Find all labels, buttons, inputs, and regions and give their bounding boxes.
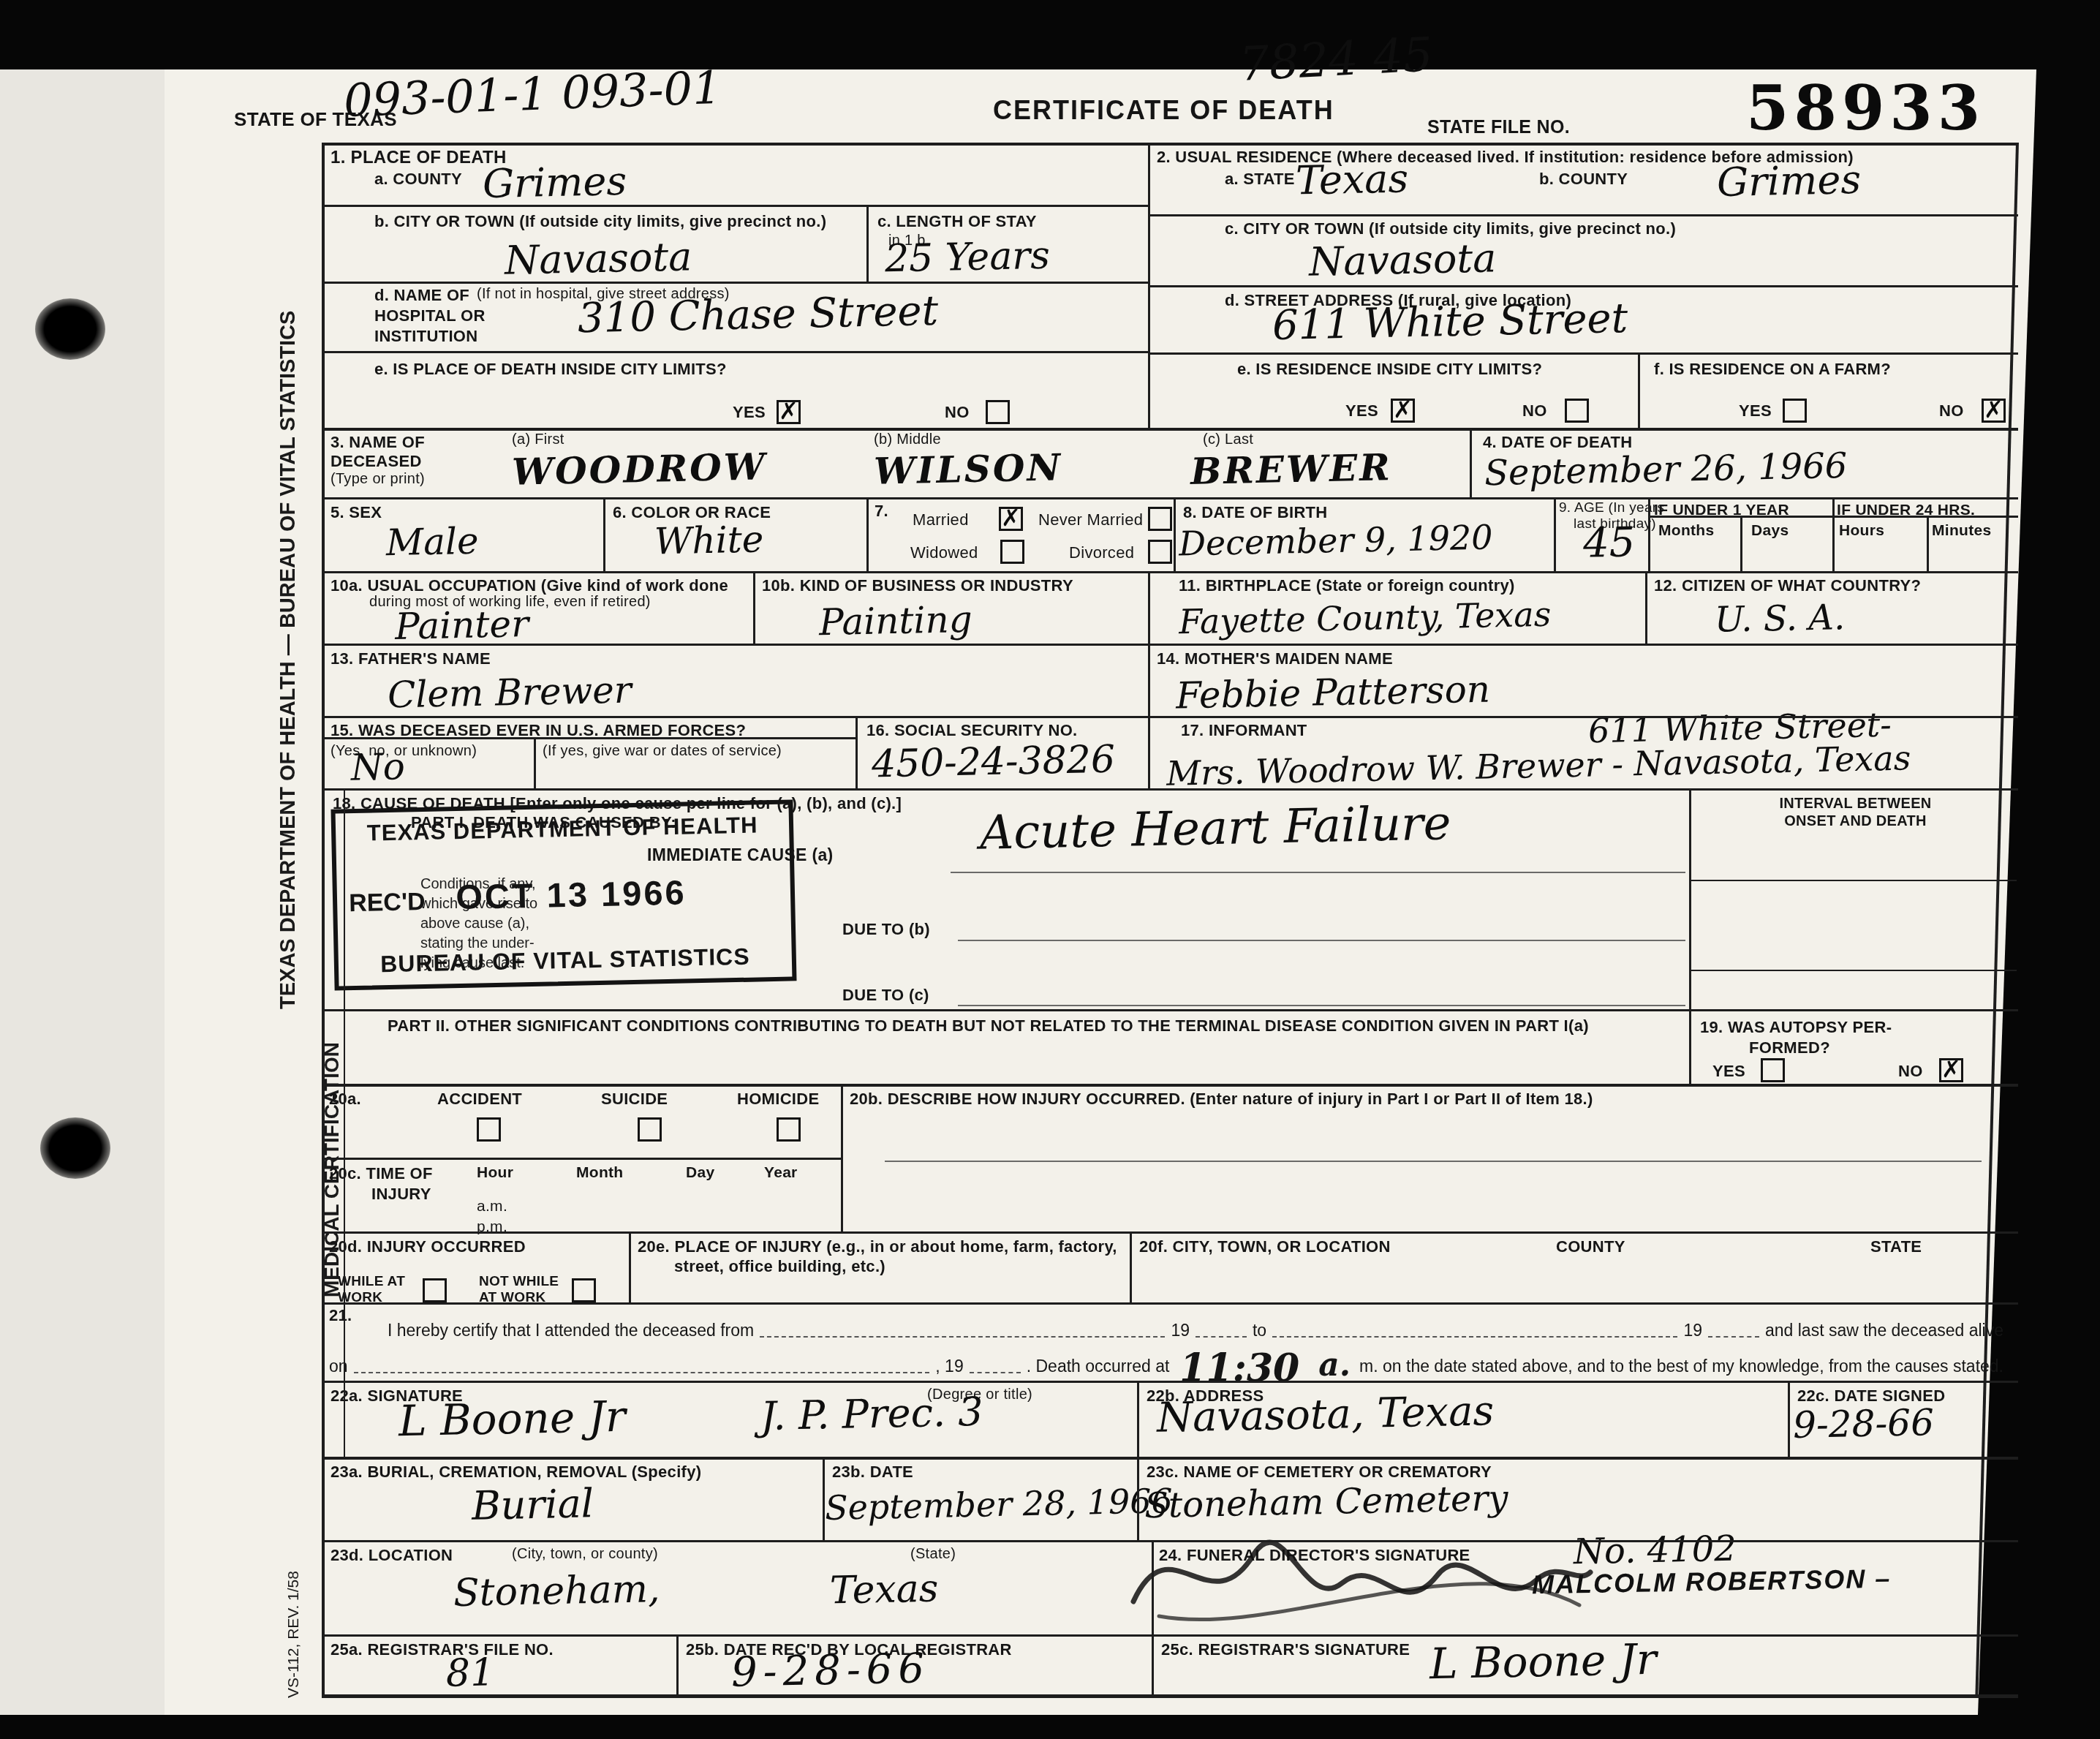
- rule-line: [322, 788, 2018, 791]
- rule-line: [1470, 428, 1472, 497]
- business-industry-value: Painting: [818, 598, 972, 644]
- registrar-signature-value: L Boone Jr: [1429, 1634, 1657, 1689]
- minutes-label: Minutes: [1932, 522, 1991, 540]
- am-label: a.m.: [477, 1198, 507, 1215]
- death-time-ampm: a.: [1318, 1354, 1351, 1376]
- checkbox-place-city-limits-yes: ✗: [777, 400, 801, 424]
- yes-label: YES: [733, 403, 766, 422]
- burial-location-sublabel-2: (State): [910, 1546, 956, 1563]
- date-of-death-value: September 26, 1966: [1484, 445, 1847, 494]
- residence-county-label: b. COUNTY: [1539, 170, 1628, 189]
- county-label: a. COUNTY: [374, 170, 462, 189]
- rule-line: [322, 1381, 2018, 1383]
- date-of-birth-value: December 9, 1920: [1178, 518, 1493, 564]
- checkbox-never-married: [1148, 507, 1172, 531]
- occupation-label-1: 10a. USUAL OCCUPATION (Give kind of work…: [331, 576, 728, 595]
- informant-label: 17. INFORMANT: [1181, 721, 1307, 740]
- place-of-injury-label-1: 20e. PLACE OF INJURY (e.g., in or about …: [638, 1237, 1117, 1256]
- rule-line: [1148, 143, 1150, 428]
- rule-line: [322, 1009, 2018, 1011]
- checkbox-residence-city-limits-yes: ✗: [1391, 399, 1415, 423]
- rule-line: [344, 788, 345, 1457]
- injury-county-label: COUNTY: [1556, 1237, 1625, 1256]
- mothers-maiden-name-label: 14. MOTHER'S MAIDEN NAME: [1157, 649, 1393, 668]
- residence-city-limits-label: e. IS RESIDENCE INSIDE CITY LIMITS?: [1237, 360, 1542, 379]
- rule-line: [1788, 1381, 1790, 1457]
- hole-punch-icon: [35, 298, 105, 360]
- rule-line: [322, 1457, 2018, 1460]
- no-label: NO: [1939, 401, 1964, 420]
- age-value: 45: [1582, 518, 1636, 567]
- married-label: Married: [913, 510, 969, 529]
- received-stamp: TEXAS DEPARTMENT OF HEALTH REC'D OCT 13 …: [331, 799, 796, 990]
- fathers-name-value: Clem Brewer: [387, 669, 632, 717]
- funeral-director-signature: [1119, 1503, 1601, 1642]
- checkbox-widowed: [1000, 540, 1024, 564]
- certify-line-1: I hereby certify that I attended the dec…: [388, 1321, 2003, 1340]
- handwritten-pencil-numbers: 7824 45: [1238, 28, 1434, 92]
- rule-line: [322, 716, 2018, 718]
- never-married-label: Never Married: [1038, 510, 1143, 529]
- months-label: Months: [1658, 522, 1714, 540]
- checkbox-homicide: [777, 1117, 801, 1142]
- injury-city-label: 20f. CITY, TOWN, OR LOCATION: [1139, 1237, 1391, 1256]
- city-town-label: b. CITY OR TOWN (If outside city limits,…: [374, 212, 826, 231]
- rule-line: [322, 1231, 2018, 1234]
- day-label: Day: [686, 1164, 714, 1182]
- place-of-death-title: 1. PLACE OF DEATH: [331, 148, 507, 168]
- rule-line: [856, 716, 858, 788]
- checkbox-residence-farm-yes: [1783, 399, 1807, 423]
- stamp-line-3: BUREAU OF VITAL STATISTICS: [350, 943, 781, 978]
- rule-line: [534, 737, 536, 788]
- injury-state-label: STATE: [1870, 1237, 1922, 1256]
- rule-line: [1137, 1457, 1139, 1540]
- rule-line: [322, 205, 1148, 207]
- middle-name-label: (b) Middle: [874, 431, 941, 448]
- checkbox-autopsy-no: ✗: [1939, 1058, 1963, 1082]
- first-name-value: WOODROW: [511, 445, 767, 493]
- middle-name-value: WILSON: [873, 445, 1062, 492]
- checkbox-divorced: [1148, 540, 1172, 564]
- citizen-value: U. S. A.: [1714, 597, 1845, 641]
- due-to-c-label: DUE TO (c): [842, 986, 929, 1005]
- certify-text-3: m. on the date stated above, and to the …: [1359, 1357, 2003, 1376]
- degree-title-value: J. P. Prec. 3: [760, 1389, 983, 1439]
- residence-farm-label: f. IS RESIDENCE ON A FARM?: [1654, 360, 1891, 379]
- physician-signature: L Boone Jr: [398, 1392, 626, 1446]
- rule-line: [676, 1634, 679, 1694]
- no-label: NO: [945, 403, 970, 422]
- burial-location-sublabel-1: (City, town, or county): [512, 1546, 658, 1563]
- place-of-injury-label-2: street, office building, etc.): [674, 1257, 885, 1276]
- rule-line: [322, 571, 2018, 573]
- form-number: VS-112, REV. 1/58: [285, 1554, 303, 1715]
- mothers-maiden-name-value: Febbie Patterson: [1175, 668, 1490, 717]
- month-label: Month: [576, 1164, 623, 1182]
- due-to-b-label: DUE TO (b): [842, 920, 930, 939]
- armed-forces-value: No: [350, 745, 405, 789]
- rule-line: [322, 1302, 2018, 1305]
- rule-line: [322, 1634, 2018, 1637]
- hole-punch-icon: [40, 1117, 110, 1179]
- yes-label: YES: [1739, 401, 1772, 420]
- rule-line: [322, 1694, 2018, 1698]
- rule-line: [322, 1084, 2018, 1087]
- rule-line: [1740, 516, 1742, 571]
- checkbox-accident: [477, 1117, 501, 1142]
- rule-line: [1554, 497, 1556, 571]
- rule-line: [1638, 352, 1640, 428]
- interval-label-2: ONSET AND DEATH: [1696, 813, 2014, 830]
- rule-line: [1148, 214, 2018, 216]
- rule-line: [866, 497, 869, 571]
- rule-line: [753, 571, 755, 644]
- citizen-label: 12. CITIZEN OF WHAT COUNTRY?: [1654, 576, 1921, 595]
- last-name-label: (c) Last: [1203, 431, 1253, 448]
- entry-rule-line: [951, 872, 1685, 873]
- rule-line: [322, 143, 325, 1697]
- registrar-file-no-value: 81: [445, 1651, 494, 1695]
- entry-rule-line: [958, 1005, 1685, 1006]
- date-of-death-label: 4. DATE OF DEATH: [1483, 433, 1632, 452]
- place-inside-city-limits-label: e. IS PLACE OF DEATH INSIDE CITY LIMITS?: [374, 360, 727, 379]
- county-value: Grimes: [482, 158, 627, 207]
- describe-injury-label: 20b. DESCRIBE HOW INJURY OCCURRED. (Ente…: [850, 1090, 1593, 1109]
- rule-line: [1689, 970, 2017, 971]
- not-while-at-work-label-1: NOT WHILE: [479, 1274, 559, 1290]
- rule-line: [1152, 1540, 1154, 1634]
- death-time-value: 11:30: [1179, 1357, 1299, 1379]
- interval-label-1: INTERVAL BETWEEN: [1696, 796, 2014, 812]
- rule-line: [1137, 1381, 1139, 1457]
- entry-rule-line: [958, 940, 1685, 941]
- armed-forces-sublabel-2: (If yes, give war or dates of service): [543, 743, 782, 760]
- checkbox-married: ✗: [999, 507, 1023, 531]
- last-name-value: BREWER: [1190, 445, 1392, 493]
- rule-line: [1148, 352, 2018, 355]
- no-label: NO: [1522, 401, 1547, 420]
- certify-to: to: [1253, 1321, 1266, 1340]
- rule-line: [1148, 716, 1150, 788]
- certify-death-occurred-at: . Death occurred at: [1027, 1357, 1170, 1376]
- checkbox-residence-farm-no: ✗: [1982, 399, 2006, 423]
- certify-line-2: on , 19 . Death occurred at 11:30 a. m. …: [329, 1354, 2003, 1376]
- part-2-label: PART II. OTHER SIGNIFICANT CONDITIONS CO…: [388, 1016, 1589, 1036]
- rule-line: [841, 1084, 843, 1231]
- hours-label: Hours: [1839, 522, 1884, 540]
- time-of-injury-label-2: INJURY: [371, 1185, 431, 1204]
- hospital-label-1: d. NAME OF: [374, 286, 469, 305]
- date-received-value: 9-28-66: [730, 1645, 930, 1697]
- rule-line: [322, 737, 856, 739]
- checkbox-not-while-at-work: [572, 1278, 596, 1302]
- registrar-signature-label: 25c. REGISTRAR'S SIGNATURE: [1161, 1640, 1410, 1659]
- burial-cremation-label: 23a. BURIAL, CREMATION, REMOVAL (Specify…: [331, 1463, 701, 1482]
- rule-line: [1152, 1634, 1154, 1694]
- rule-line: [866, 205, 869, 282]
- first-name-label: (a) First: [512, 431, 564, 448]
- social-security-value: 450-24-3826: [871, 738, 1115, 787]
- residence-state-label: a. STATE: [1225, 170, 1295, 189]
- rule-line: [322, 351, 1148, 353]
- street-address-value: 611 White Street: [1272, 295, 1628, 350]
- name-of-deceased-label-1: 3. NAME OF: [331, 433, 425, 452]
- rule-line: [1648, 497, 1650, 571]
- rule-line: [1148, 644, 1150, 716]
- rule-line: [823, 1457, 825, 1540]
- burial-location-state-value: Texas: [829, 1566, 939, 1612]
- checkbox-while-at-work: [423, 1278, 447, 1302]
- rule-line: [1689, 880, 2017, 881]
- rule-line: [1689, 788, 1691, 1084]
- rule-line: [1832, 497, 1835, 571]
- birthplace-label: 11. BIRTHPLACE (State or foreign country…: [1179, 576, 1515, 595]
- business-industry-label: 10b. KIND OF BUSINESS OR INDUSTRY: [762, 576, 1073, 595]
- name-of-deceased-label-2: DECEASED: [331, 452, 422, 471]
- checkbox-place-city-limits-no: [986, 400, 1010, 424]
- color-race-value: White: [654, 518, 763, 562]
- year-label: Year: [764, 1164, 798, 1182]
- accident-label: ACCIDENT: [437, 1090, 522, 1109]
- sex-value: Male: [385, 520, 479, 565]
- certify-19-c: , 19: [935, 1357, 963, 1376]
- date-signed-value: 9-28-66: [1792, 1401, 1934, 1446]
- certificate-title: CERTIFICATE OF DEATH: [993, 95, 1334, 126]
- marital-status-label: 7.: [875, 502, 888, 521]
- certify-text-2: and last saw the deceased alive: [1765, 1321, 2003, 1340]
- rule-line: [322, 1540, 2018, 1542]
- length-of-stay-label: c. LENGTH OF STAY: [877, 212, 1037, 231]
- margin-department-text: TEXAS DEPARTMENT OF HEALTH — BUREAU OF V…: [276, 314, 301, 1009]
- date-of-birth-label: 8. DATE OF BIRTH: [1183, 503, 1328, 522]
- suicide-label: SUICIDE: [601, 1090, 668, 1109]
- signer-address-value: Navasota, Texas: [1156, 1387, 1494, 1442]
- city-town-value: Navasota: [504, 233, 692, 283]
- rule-line: [629, 1231, 631, 1302]
- residence-city-value: Navasota: [1308, 235, 1497, 284]
- certify-text-1: I hereby certify that I attended the dec…: [388, 1321, 754, 1340]
- certify-19-b: 19: [1683, 1321, 1702, 1340]
- burial-location-label: 23d. LOCATION: [331, 1546, 453, 1565]
- stamp-recd-label: REC'D: [349, 888, 426, 918]
- entry-rule-line: [885, 1161, 1982, 1162]
- rule-line: [603, 497, 605, 571]
- hospital-value: 310 Chase Street: [577, 287, 938, 342]
- scanned-death-certificate: TEXAS DEPARTMENT OF HEALTH — BUREAU OF V…: [0, 0, 2100, 1739]
- rule-line: [1174, 497, 1176, 571]
- rule-line: [322, 143, 2018, 146]
- checkbox-residence-city-limits-no: [1565, 399, 1589, 423]
- injury-occurred-label: 20d. INJURY OCCURRED: [329, 1237, 526, 1256]
- immediate-cause-value: Acute Heart Failure: [979, 796, 1451, 860]
- rule-line: [322, 1158, 841, 1160]
- rule-line: [1645, 571, 1647, 644]
- widowed-label: Widowed: [910, 543, 978, 562]
- burial-location-city-value: Stoneham,: [453, 1567, 660, 1615]
- registrar-file-no-label: 25a. REGISTRAR'S FILE NO.: [331, 1640, 554, 1659]
- stamp-line-1: TEXAS DEPARTMENT OF HEALTH: [347, 812, 778, 847]
- rule-line: [1148, 571, 1150, 644]
- stamp-date: OCT 13 1966: [456, 872, 687, 917]
- residence-county-value: Grimes: [1716, 156, 1861, 205]
- hospital-label-2: HOSPITAL OR: [374, 306, 486, 325]
- hour-label: Hour: [477, 1164, 513, 1182]
- fathers-name-label: 13. FATHER'S NAME: [331, 649, 491, 668]
- certify-19-a: 19: [1171, 1321, 1190, 1340]
- occupation-value: Painter: [394, 603, 529, 648]
- no-label: NO: [1898, 1062, 1923, 1081]
- homicide-label: HOMICIDE: [737, 1090, 819, 1109]
- burial-date-label: 23b. DATE: [832, 1463, 913, 1482]
- rule-line: [1130, 1231, 1132, 1302]
- yes-label: YES: [1712, 1062, 1745, 1081]
- checkbox-suicide: [638, 1117, 662, 1142]
- rule-line: [322, 428, 2018, 431]
- yes-label: YES: [1345, 401, 1378, 420]
- rule-line: [322, 644, 2018, 646]
- accident-section-label: 20a.: [329, 1090, 361, 1109]
- state-file-no-label: STATE FILE NO.: [1427, 117, 1570, 138]
- state-file-number-stamp: 58933: [1746, 72, 1985, 144]
- while-at-work-label-1: WHILE AT: [338, 1274, 405, 1290]
- divorced-label: Divorced: [1069, 543, 1134, 562]
- days-label: Days: [1751, 522, 1789, 540]
- length-of-stay-value: 25 Years: [884, 234, 1050, 282]
- sex-label: 5. SEX: [331, 503, 382, 522]
- social-security-label: 16. SOCIAL SECURITY NO.: [866, 721, 1078, 740]
- birthplace-value: Fayette County, Texas: [1178, 595, 1551, 642]
- certify-section-label: 21.: [329, 1306, 352, 1325]
- name-of-deceased-label-3: (Type or print): [331, 471, 425, 488]
- autopsy-label-1: 19. WAS AUTOPSY PER-: [1700, 1018, 1892, 1037]
- autopsy-label-2: FORMED?: [1749, 1038, 1830, 1057]
- rule-line: [1148, 285, 2018, 287]
- funeral-director-name: MALCOLM ROBERTSON –: [1532, 1563, 1892, 1601]
- checkbox-autopsy-yes: [1761, 1058, 1785, 1082]
- hospital-label-3: INSTITUTION: [374, 327, 477, 346]
- rule-line: [1927, 516, 1929, 571]
- burial-value: Burial: [471, 1480, 594, 1528]
- residence-state-value: Texas: [1295, 155, 1408, 203]
- rule-line: [322, 497, 2018, 499]
- rule-line: [322, 282, 1148, 284]
